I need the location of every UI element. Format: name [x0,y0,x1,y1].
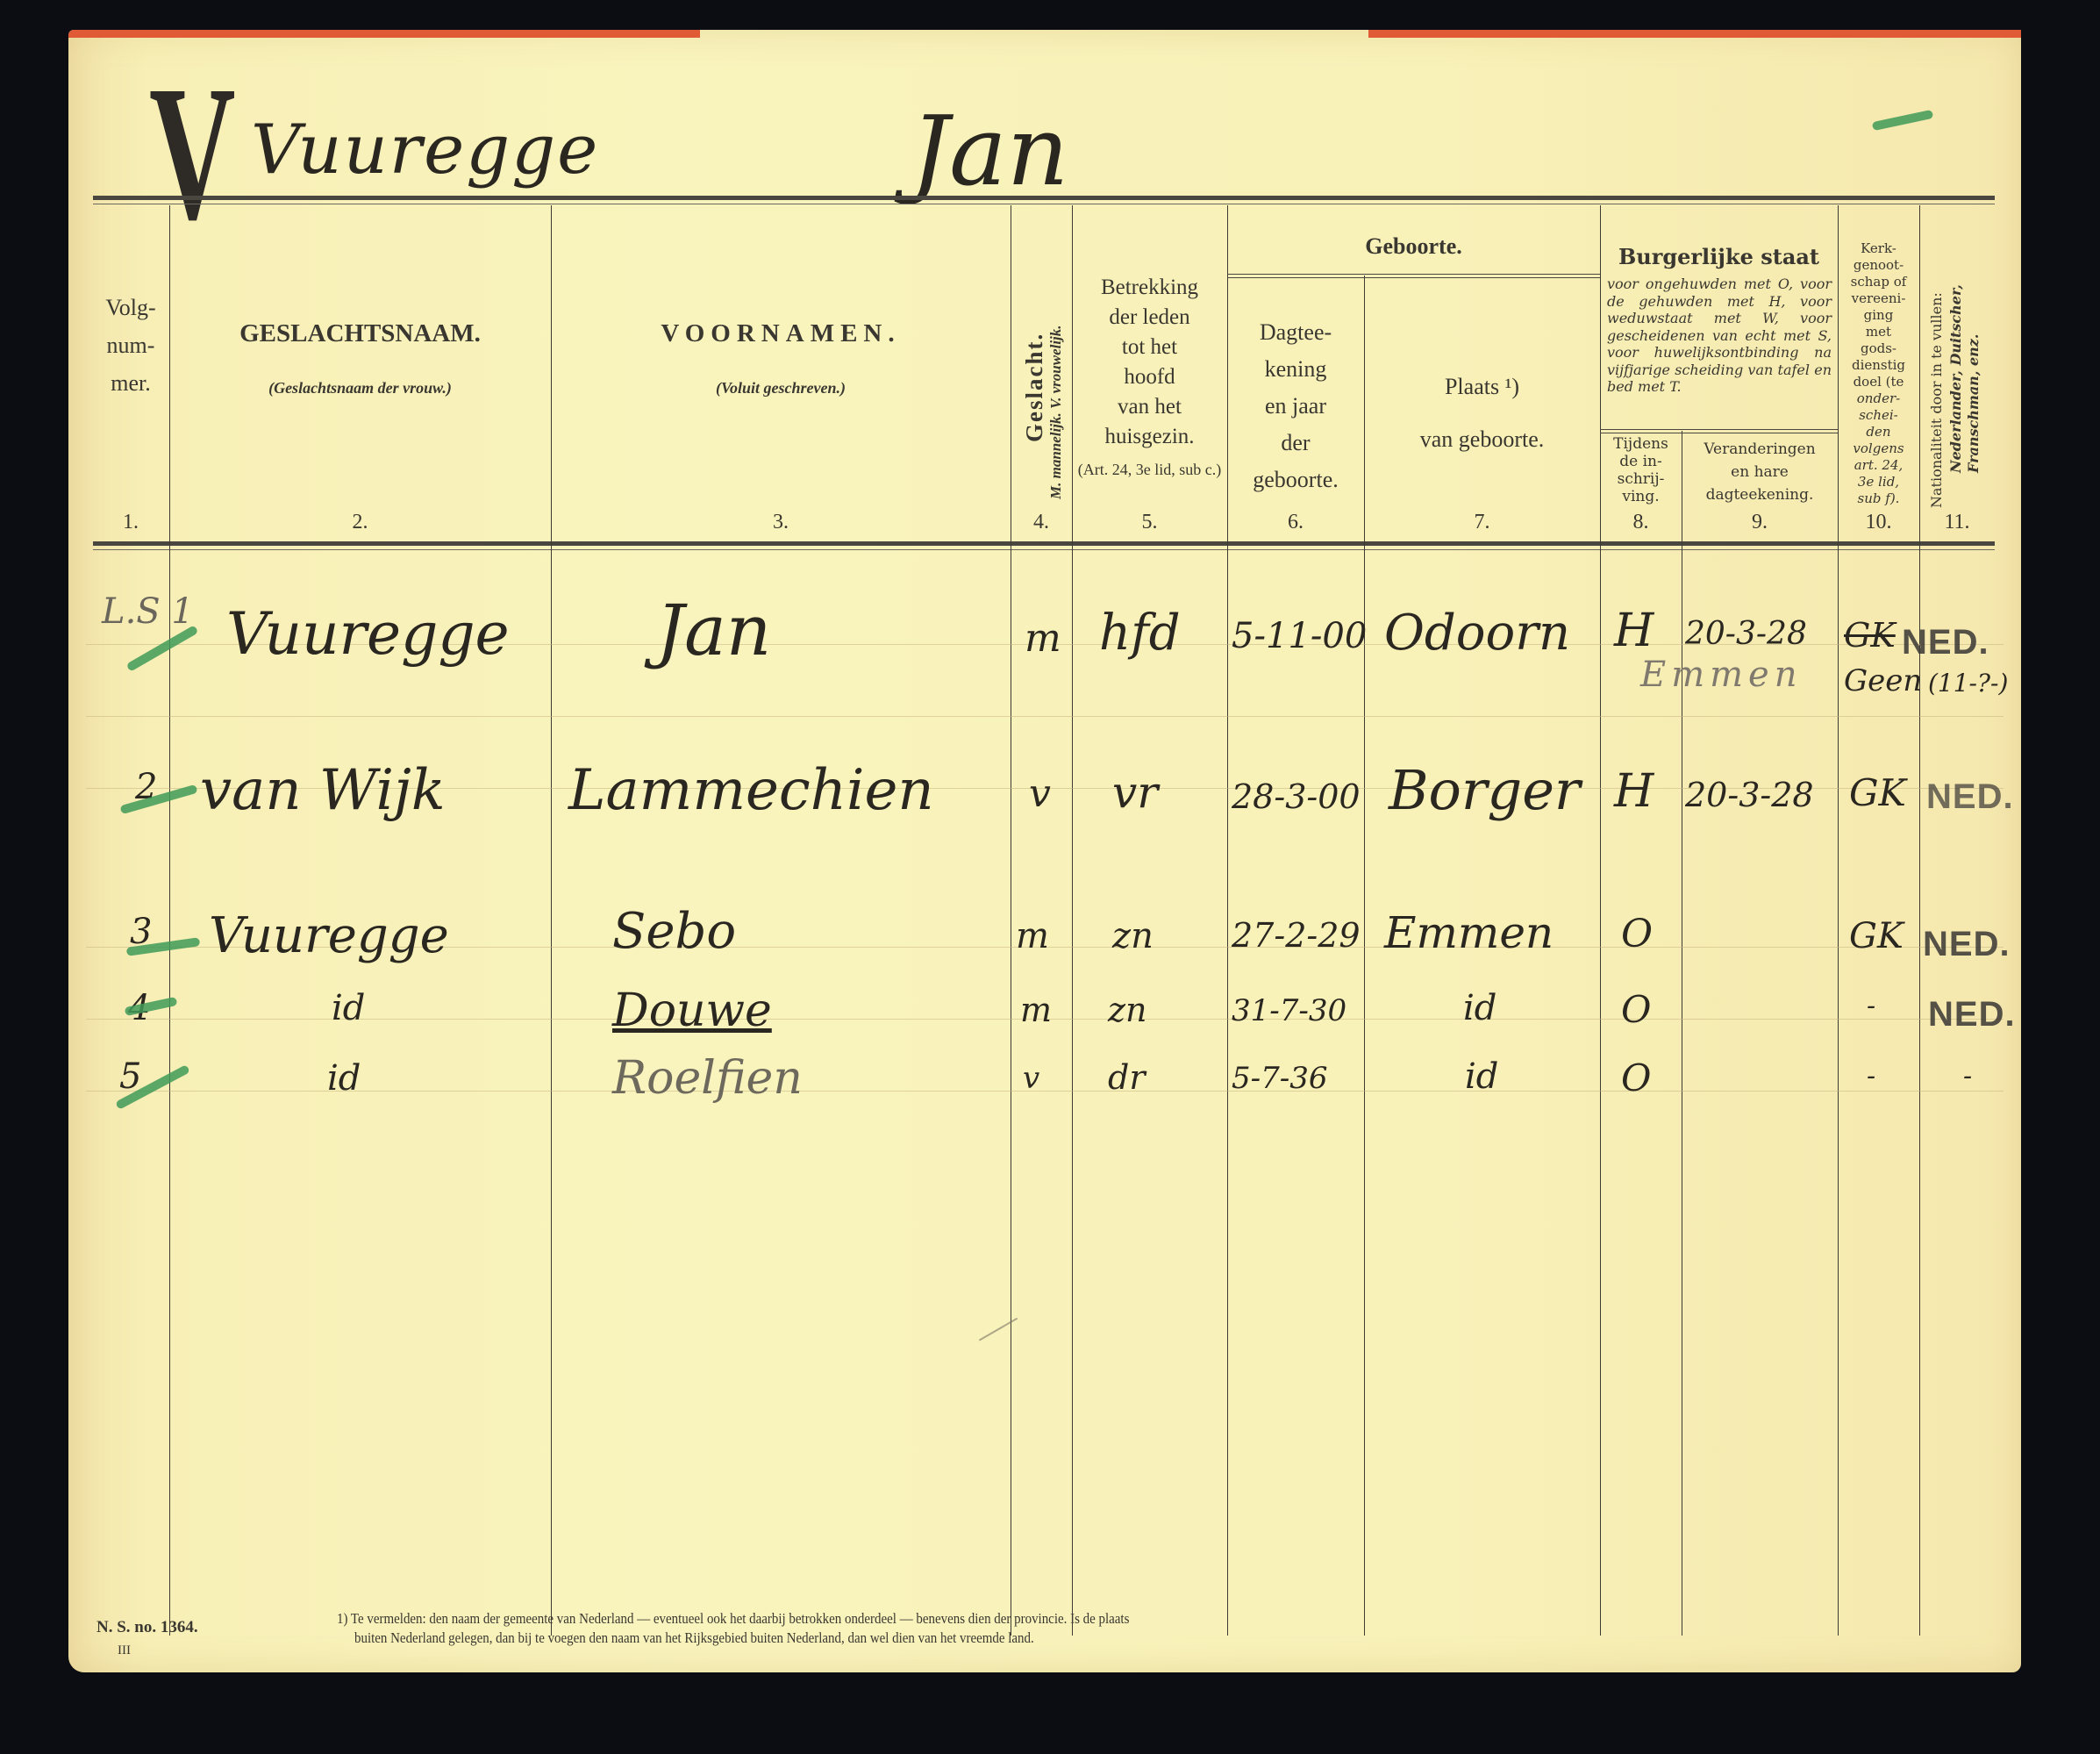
row-church: - [1867,991,1875,1021]
header-kerk-line: volgens [1838,440,1919,457]
row-sex: m [1020,991,1052,1029]
green-check-mark [1872,110,1934,131]
col-number-2: 2. [169,511,551,534]
row-relation: dr [1108,1058,1146,1097]
header-veranderingen-line: en hare [1682,463,1838,481]
col-divider-5 [1227,205,1228,1636]
register-card: V Vuuregge Jan Volg- num- mer. GESLACHTS… [68,30,2021,1672]
header-kerk-line: Kerk- [1838,240,1919,257]
header-betrekking-line: hoofd [1072,365,1227,390]
header-kerk-line: sub f). [1838,490,1919,507]
row-sex: v [1029,771,1051,816]
row-first-names: Lammechien [568,758,934,823]
header-voornamen-sub: (Voluit geschreven.) [551,379,1011,397]
header-kerk-line: met [1838,324,1919,340]
footnote-line-2: buiten Nederland gelegen, dan bij te voe… [354,1629,1034,1648]
header-geslachtsnaam: GESLACHTSNAAM. [169,319,551,348]
index-letter: V [149,56,236,249]
geboorte-rule [1227,274,1600,278]
row-birth-date: 5-11-00 [1232,616,1367,656]
header-kerk-line: vereeni- [1838,290,1919,307]
header-burgerlijke-staat-text: voor ongehuwden met O, voor de gehuwden … [1607,276,1832,396]
header-tijdens-line: Tijdens [1600,435,1682,453]
header-kerk-line: schei- [1838,407,1919,424]
header-geslachtsnaam-sub: (Geslachtsnaam der vrouw.) [169,379,551,397]
header-geslacht: Geslacht. [1021,333,1048,442]
row-birth-date: 27-2-29 [1232,916,1361,955]
row-sex: v [1023,1061,1039,1096]
row-nationality-stamp: NED. [1902,623,1989,662]
header-plaats: Plaats ¹) [1364,374,1600,400]
col-number-11: 11. [1919,511,1995,534]
col-divider-10 [1919,205,1920,1636]
row-status-change-note: Emmen [1640,655,1803,695]
col-number-9: 9. [1682,511,1838,534]
header-veranderingen-line: Veranderingen [1682,440,1838,458]
col-divider-2 [551,205,552,1636]
row-relation: zn [1112,916,1154,956]
header-betrekking-sub: (Art. 24, 3e lid, sub c.) [1077,458,1222,481]
row-sex: m [1016,916,1049,956]
col-number-8: 8. [1600,511,1682,534]
header-kerk-line: den [1838,424,1919,440]
col-number-1: 1. [93,511,168,534]
header-dagteekening-line: en jaar [1227,393,1364,419]
col-number-7: 7. [1364,511,1600,534]
header-plaats-sub: van geboorte. [1364,426,1600,453]
header-dagteekening-line: geboorte. [1227,467,1364,493]
header-kerk-line: genoot- [1838,257,1919,274]
row-surname: Vuuregge [226,600,510,668]
row-first-names: Roelfien [612,1052,803,1105]
header-volgnummer-2: num- [93,333,168,359]
col-divider-6 [1364,276,1365,1636]
col-divider-1 [169,205,170,1636]
stray-pen-mark [979,1318,1018,1342]
form-number: N. S. no. 1364. [96,1618,198,1637]
col-number-5: 5. [1072,511,1227,534]
row-church: GK [1849,916,1904,956]
header-veranderingen-line: dagteekening. [1682,486,1838,504]
row-status-change: 20-3-28 [1685,616,1807,652]
col-number-3: 3. [551,511,1011,534]
card-surname: Vuuregge [251,111,599,190]
header-kerk-line: doel (te [1838,374,1919,390]
row-nationality-stamp: NED. [1923,925,2011,964]
header-geboorte: Geboorte. [1227,233,1600,260]
row-church-struck: GK [1844,616,1896,655]
header-kerk-line: ging [1838,307,1919,324]
row-first-names: Douwe [612,984,772,1037]
header-tijdens-line: de in- [1600,453,1682,470]
header-nationaliteit: Nationaliteit door in te vullen: [1928,292,1945,508]
col-number-4: 4. [1011,511,1072,534]
row-sex: m [1025,616,1061,661]
col-divider-4 [1072,205,1073,1636]
row-surname: Vuuregge [209,907,449,964]
form-series: III [118,1641,131,1660]
header-dagteekening-line: kening [1227,356,1364,383]
row-civil-status: O [1621,988,1651,1031]
row-birth-place: id [1465,1056,1498,1097]
row-birth-date: 5-7-36 [1232,1061,1328,1096]
header-burgerlijke-staat: Burgerlijke staat [1604,244,1834,269]
row-nationality-stamp: NED. [1926,777,2014,817]
row-civil-status: H [1614,765,1654,818]
row-birth-date: 31-7-30 [1232,993,1346,1028]
header-dagteekening-line: der [1227,430,1364,456]
header-nationaliteit-sub: Nederlander, Duitscher, Franschman, enz. [1947,227,1982,473]
header-top-rule [93,196,1995,200]
header-volgnummer-1: Volg- [93,295,168,321]
footnote-line-1: 1) Te vermelden: den naam der gemeente v… [337,1609,1129,1629]
header-geslacht-sub: M. mannelijk. V. vrouwelijk. [1047,325,1065,499]
header-tijdens-line: ving. [1600,488,1682,505]
row-church: GK [1849,771,1906,814]
row-guide [86,716,2004,717]
row-civil-status: O [1621,912,1653,956]
row-nationality-note: (11-?-) [1928,669,2008,698]
header-betrekking-line: tot het [1072,335,1227,360]
row-birth-place: id [1463,988,1496,1028]
header-voornamen: VOORNAMEN. [551,319,1011,348]
row-birth-place: Borger [1389,758,1581,822]
row-civil-status: H [1614,605,1654,657]
col-divider-3 [1011,205,1011,1636]
row-nationality: - [1963,1061,1972,1092]
header-kerk-line: dienstig [1838,357,1919,374]
header-betrekking-line: Betrekking [1072,276,1227,300]
header-betrekking-line: der leden [1072,305,1227,330]
green-check-mark [126,625,199,672]
row-relation: zn [1108,991,1147,1029]
row-volgnummer: L.S 1 [102,591,194,632]
row-first-names: Jan [656,590,771,671]
row-relation: vr [1112,767,1158,818]
header-betrekking-line: van het [1072,395,1227,419]
row-birth-place: Odoorn [1384,605,1570,662]
row-birth-place: Emmen [1384,907,1554,958]
row-church: - [1867,1061,1875,1092]
header-kerk-line: schap of [1838,274,1919,290]
red-top-strip-right [1368,30,2021,38]
col-divider-7 [1600,205,1601,1636]
card-first-name: Jan [911,95,1069,207]
row-relation: hfd [1099,605,1181,662]
row-surname: id [327,1058,361,1099]
header-kerk-line: art. 24, [1838,457,1919,474]
row-guide [86,1091,2004,1092]
header-bottom-rule [93,541,1995,546]
header-kerk-line: onder- [1838,390,1919,407]
col-divider-8 [1682,431,1682,1636]
header-dagteekening-line: Dagtee- [1227,319,1364,346]
header-volgnummer-3: mer. [93,370,168,397]
row-civil-status: O [1621,1056,1651,1099]
header-col-10: Kerk- genoot- schap of vereeni- ging met… [1838,240,1919,507]
header-kerk-line: gods- [1838,340,1919,357]
header-tijdens-line: schrij- [1600,470,1682,488]
burgerlijke-staat-rule [1600,429,1838,433]
col-number-6: 6. [1227,511,1364,534]
row-surname: id [332,988,365,1028]
header-kerk-line: 3e lid, [1838,474,1919,490]
header-betrekking-line: huisgezin. [1072,425,1227,449]
row-surname: van Wijk [200,758,446,823]
red-top-strip-left [68,30,700,38]
row-first-names: Sebo [612,903,736,960]
row-church: Geen [1844,663,1922,698]
row-birth-date: 28-3-00 [1232,777,1361,816]
row-status-change: 20-3-28 [1685,776,1814,814]
row-nationality-stamp: NED. [1928,995,2016,1035]
col-number-10: 10. [1838,511,1919,534]
